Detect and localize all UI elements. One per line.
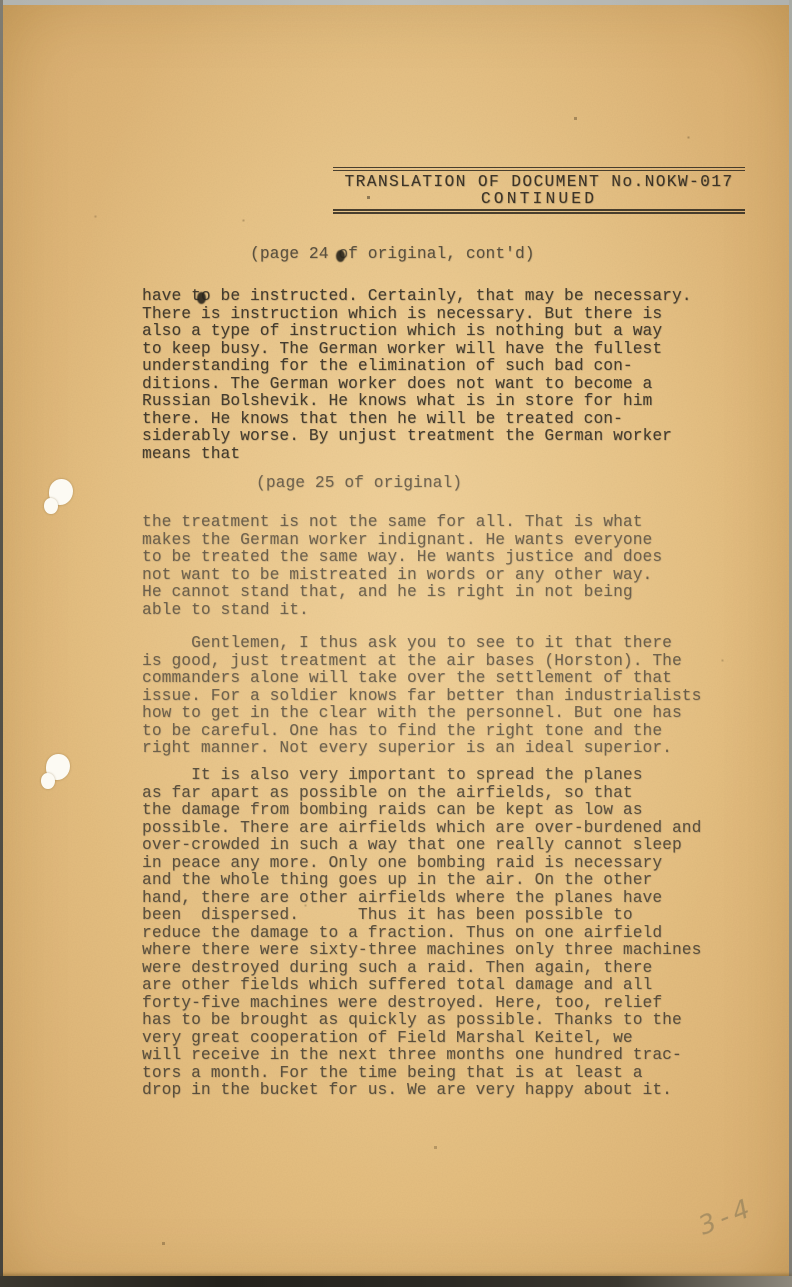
paragraph-page24-contd: have to be instructed. Certainly, that m…: [142, 288, 692, 463]
paragraph-gentlemen: Gentlemen, I thus ask you to see to it t…: [142, 635, 701, 758]
punch-hole-lobe: [41, 773, 55, 789]
scan-edge-left: [0, 0, 3, 1287]
scanned-document-page: TRANSLATION OF DOCUMENT No.NOKW-017 CONT…: [0, 0, 792, 1287]
paragraph-airfields: It is also very important to spread the …: [142, 767, 701, 1100]
pencil-page-number: 3-4: [694, 1192, 759, 1241]
document-header: TRANSLATION OF DOCUMENT No.NOKW-017 CONT…: [333, 167, 745, 214]
ink-blot: [336, 250, 345, 262]
punch-hole-lobe: [44, 498, 58, 514]
document-title: TRANSLATION OF DOCUMENT No.NOKW-017: [333, 173, 745, 191]
ink-blot: [197, 292, 206, 304]
document-subtitle: CONTINUED: [333, 191, 745, 208]
page-note-25: (page 25 of original): [256, 475, 462, 493]
page-note-24: (page 24 of original, cont'd): [250, 246, 535, 264]
paragraph-treatment: the treatment is not the same for all. T…: [142, 514, 662, 619]
scan-edge-bottom: [0, 1276, 792, 1287]
scan-edge-top: [0, 0, 792, 5]
